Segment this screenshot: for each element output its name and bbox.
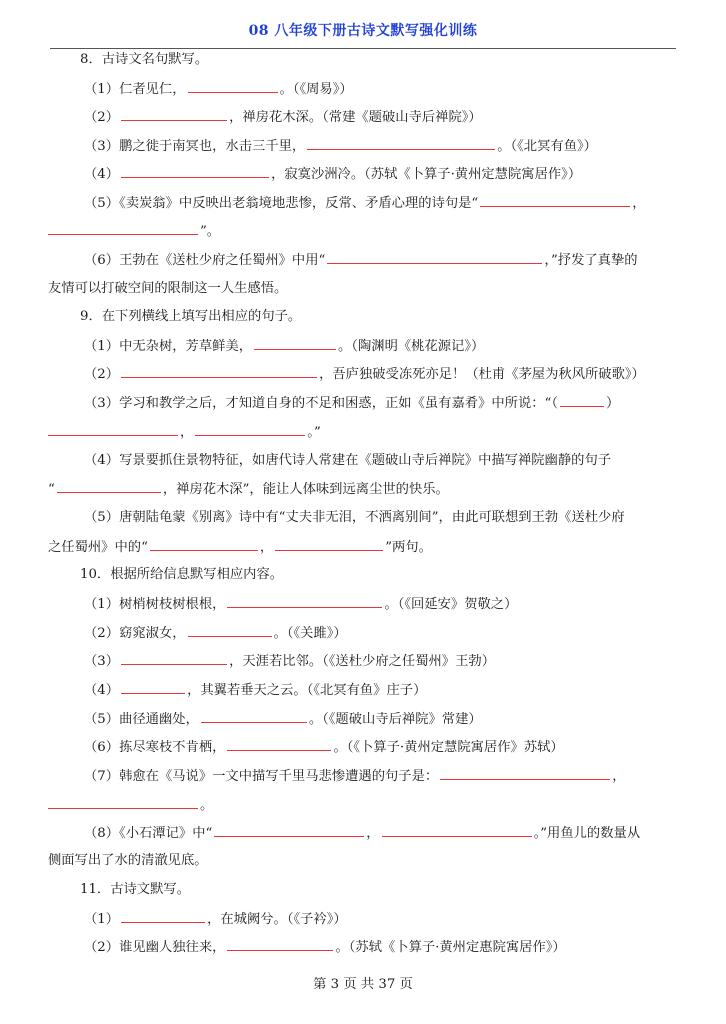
q10-item-7: （7）韩愈在《马说》一文中描写千里马悲惨遭遇的句子是：， (0, 767, 726, 786)
question-heading-10: 10．根据所给信息默写相应内容。 (0, 566, 726, 584)
answer-blank[interactable] (150, 538, 258, 551)
answer-blank[interactable] (480, 194, 630, 207)
answer-blank[interactable] (307, 137, 495, 150)
answer-blank[interactable] (121, 108, 227, 121)
answer-blank[interactable] (214, 824, 364, 837)
answer-blank[interactable] (188, 80, 278, 93)
page-number: 第 3 页 共 37 页 (0, 973, 726, 992)
answer-blank[interactable] (227, 595, 382, 608)
answer-blank[interactable] (121, 165, 269, 178)
question-heading-11: 11．古诗文默写。 (0, 881, 726, 899)
question-heading-9: 9．在下列横线上填写出相应的句子。 (0, 308, 726, 326)
q8-item-3: （3）鹏之徙于南冥也，水击三千里，。（《北冥有鱼》） (0, 137, 726, 156)
document-title: 08 八年级下册古诗文默写强化训练 (0, 20, 726, 40)
q8-item-2: （2），禅房花木深。（常建《题破山寺后禅院》） (0, 108, 726, 127)
q9-item-3-cont: ，。” (0, 423, 726, 442)
answer-blank[interactable] (382, 824, 532, 837)
q9-item-4: （4）写景要抓住景物特征，如唐代诗人常建在《题破山寺后禅院》中描写禅院幽静的句子 (0, 452, 726, 470)
answer-blank[interactable] (227, 938, 333, 951)
answer-blank[interactable] (188, 624, 272, 637)
q8-item-6-cont: 友情可以打破空间的限制这一人生感悟。 (0, 280, 726, 298)
answer-blank[interactable] (121, 681, 185, 694)
q9-item-5-cont: 之任蜀州》中的“，”两句。 (0, 538, 726, 557)
answer-blank[interactable] (121, 910, 205, 923)
q9-item-2: （2），吾庐独破受冻死亦足！（杜甫《茅屋为秋风所破歌》） (0, 365, 726, 384)
q8-item-1: （1）仁者见仁，。（《周易》） (0, 80, 726, 99)
q10-item-1: （1）树梢树枝树根根，。（《回延安》贺敬之） (0, 595, 726, 614)
answer-blank[interactable] (254, 337, 336, 350)
answer-blank[interactable] (48, 796, 198, 809)
answer-blank[interactable] (121, 652, 227, 665)
q10-item-3: （3），天涯若比邻。（《送杜少府之任蜀州》王勃） (0, 652, 726, 671)
q11-item-1: （1），在城阙兮。（《子衿》） (0, 910, 726, 929)
answer-blank[interactable] (48, 423, 178, 436)
answer-blank[interactable] (201, 710, 307, 723)
q11-item-2: （2）谁见幽人独往来，。（苏轼《卜算子·黄州定惠院寓居作》） (0, 938, 726, 957)
answer-blank[interactable] (227, 738, 331, 751)
q10-item-7-cont: 。 (0, 796, 726, 815)
q9-item-1: （1）中无杂树，芳草鲜美，。（陶渊明《桃花源记》） (0, 337, 726, 356)
q10-item-4: （4），其翼若垂天之云。（《北冥有鱼》庄子） (0, 681, 726, 700)
answer-blank[interactable] (440, 767, 610, 780)
answer-blank[interactable] (121, 365, 317, 378)
q8-item-4: （4），寂寞沙洲冷。（苏轼《卜算子·黄州定慧院寓居作》） (0, 165, 726, 184)
q10-item-6: （6）拣尽寒枝不肯栖，。（《卜算子·黄州定慧院寓居作》苏轼） (0, 738, 726, 757)
answer-blank[interactable] (560, 394, 604, 407)
q10-item-5: （5）曲径通幽处，。（《题破山寺后禅院》常建） (0, 710, 726, 729)
header-rule (50, 48, 676, 49)
q8-item-5: （5）《卖炭翁》中反映出老翁境地悲惨，反常、矛盾心理的诗句是“， (0, 194, 726, 213)
q10-item-8-cont: 侧面写出了水的清澈见底。 (0, 852, 726, 870)
q9-item-3: （3）学习和教学之后，才知道自身的不足和困惑，正如《虽有嘉肴》中所说：“（） (0, 394, 726, 413)
q9-item-4-cont: “，禅房花木深”，能让人体味到远离尘世的快乐。 (0, 480, 726, 499)
q8-item-5-cont: ”。 (0, 222, 726, 241)
answer-blank[interactable] (57, 480, 161, 493)
q10-item-8: （8）《小石潭记》中“，。”用鱼儿的数量从 (0, 824, 726, 843)
q8-item-6: （6）王勃在《送杜少府之任蜀州》中用“，”抒发了真挚的 (0, 251, 726, 270)
q9-item-5: （5）唐朝陆龟蒙《别离》诗中有“丈夫非无泪，不洒离别间”，由此可联想到王勃《送杜… (0, 509, 726, 527)
answer-blank[interactable] (275, 538, 383, 551)
answer-blank[interactable] (327, 251, 542, 264)
answer-blank[interactable] (195, 423, 305, 436)
q10-item-2: （2）窈窕淑女，。（《关雎》） (0, 624, 726, 643)
answer-blank[interactable] (48, 222, 198, 235)
question-heading-8: 8．古诗文名句默写。 (0, 51, 726, 69)
